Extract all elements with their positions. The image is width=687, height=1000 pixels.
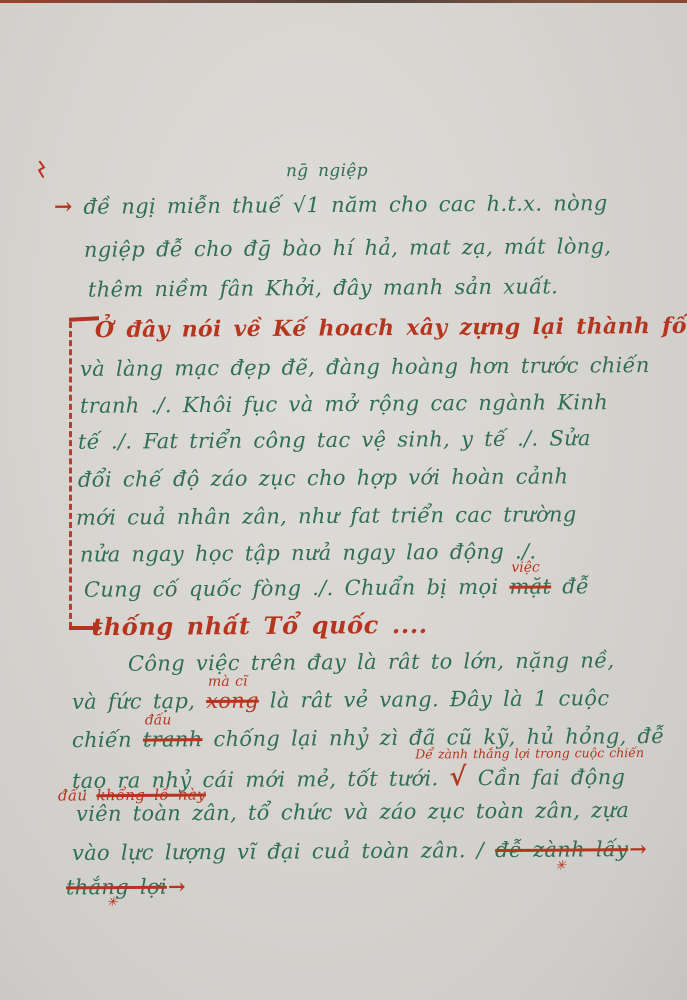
strikethrough-word: xong (206, 689, 259, 713)
manuscript-line-19: thắng lợi ✳ → (66, 874, 186, 900)
strikethrough-word: tranh (143, 727, 203, 751)
manuscript-line-8: đổi chế độ záo zục cho hợp với hoàn cảnh (78, 464, 568, 491)
text-run-green: ngiệp đễ cho đḡ bào hí hả, mat zạ, mát l… (84, 234, 611, 262)
manuscript-line-7: tế ./. Fat triển công tac vệ sinh, y tế … (78, 426, 591, 454)
edit-group: thắng lợi ✳ (66, 875, 167, 900)
text-run-green: đễ (562, 574, 589, 598)
text-run-green: nḡ ngiệp (286, 161, 368, 182)
manuscript-line-6: tranh ./. Khôi fục và mở rộng cac ngành … (80, 390, 608, 418)
text-run-green: và làng mạc đẹp đẽ, đàng hoàng hơn trước… (80, 353, 650, 381)
red-scribble-icon (32, 158, 53, 183)
manuscript-line-2: ngiệp đễ cho đḡ bào hí hả, mat zạ, mát l… (84, 234, 611, 262)
text-run-green: tranh ./. Khôi fục và mở rộng cac ngành … (80, 390, 608, 418)
text-run-green: đề ngị miễn thuế √1 năm cho cac h.t.x. n… (83, 191, 607, 219)
text-run-red: Ở đây nói về Kế hoach xây zựng lại thành… (95, 313, 687, 343)
manuscript-line-14: và fức tạp, mà cĩ xong là rât vẻ vang. Đ… (72, 686, 610, 714)
manuscript-line-11: Cung cố quốc fòng ./. Chuẩn bị mọi việc … (84, 574, 589, 602)
strikethrough-word: mặt (509, 575, 551, 599)
asterisk-icon: ✳ (555, 859, 566, 874)
photo-top-edge (0, 0, 687, 3)
manuscript-line-1: → đề ngị miễn thuế √1 năm cho cac h.t.x.… (54, 190, 608, 220)
inserted-word: việc (511, 560, 540, 576)
text-run-green: vào lực lượng vĩ đại cuả toàn zân. / (72, 838, 484, 865)
text-run-green: là rât vẻ vang. Đây là 1 cuộc (270, 686, 610, 712)
insertion-arrow-icon: → (54, 194, 73, 220)
manuscript-line-3: thêm niềm fân Khởi, đây manh sản xuất. (88, 274, 558, 301)
text-run-green: mới cuả nhân zân, như fat triển cac trườ… (76, 502, 577, 529)
text-run-green: Công việc trên đay là rât to lớn, nặng n… (128, 648, 615, 675)
manuscript-line-12-red: thống nhất Tổ quốc .... (92, 610, 428, 641)
edit-group: việc mặt (509, 575, 551, 599)
manuscript-line-17: viên toàn zân, tổ chức và záo zục toàn z… (76, 798, 629, 826)
inserted-word: đấu (145, 712, 172, 728)
text-run-green: thêm niềm fân Khởi, đây manh sản xuất. (88, 274, 558, 301)
text-run-green: viên toàn zân, tổ chức và záo zục toàn z… (76, 798, 629, 826)
inserted-word: mà cĩ (208, 674, 248, 690)
manuscript-photo: nḡ ngiệp → đề ngị miễn thuế √1 năm cho c… (0, 0, 687, 1000)
strike-arrow-icon: → (629, 836, 647, 861)
text-run-green: và fức tạp, (72, 689, 195, 714)
edit-group: đấu tranh (143, 727, 203, 751)
caret-icon: √ (449, 762, 467, 792)
manuscript-line-13: Công việc trên đay là rât to lớn, nặng n… (128, 648, 615, 675)
manuscript-line-9: mới cuả nhân zân, như fat triển cac trườ… (76, 502, 577, 529)
inserted-phrase: Dể zành thắng lợi trong cuộc chiến (415, 745, 644, 762)
text-run-red: thống nhất Tổ quốc .... (92, 610, 428, 641)
text-run-green: nửa ngay học tập nưả ngay lao động ./. (80, 539, 537, 566)
manuscript-line-5: và làng mạc đẹp đẽ, đàng hoàng hơn trước… (80, 353, 650, 381)
text-run-green: tế ./. Fat triển công tac vệ sinh, y tế … (78, 426, 591, 454)
edit-group: Dể zành thắng lợi trong cuộc chiến √ (449, 762, 467, 792)
interline-insertion: nḡ ngiệp (286, 161, 368, 182)
text-run-green: đổi chế độ záo zục cho hợp với hoàn cảnh (78, 464, 568, 491)
margin-bracket (69, 322, 72, 628)
manuscript-line-18: vào lực lượng vĩ đại cuả toàn zân. / đễ … (72, 836, 647, 865)
text-run-green: Cần fai động (478, 765, 626, 790)
edit-group: đễ zành lấy ✳ (495, 837, 628, 862)
text-run-green: Cung cố quốc fòng ./. Chuẩn bị mọi (84, 575, 499, 602)
edit-group: mà cĩ xong (206, 689, 259, 713)
manuscript-line-4-red: Ở đây nói về Kế hoach xây zựng lại thành… (95, 313, 687, 343)
strike-arrow-icon: → (168, 874, 186, 899)
asterisk-icon: ✳ (106, 895, 117, 910)
manuscript-line-10: nửa ngay học tập nưả ngay lao động ./. (80, 539, 537, 566)
text-run-green: chiến (72, 728, 132, 752)
margin-bracket-arrow (69, 626, 93, 630)
